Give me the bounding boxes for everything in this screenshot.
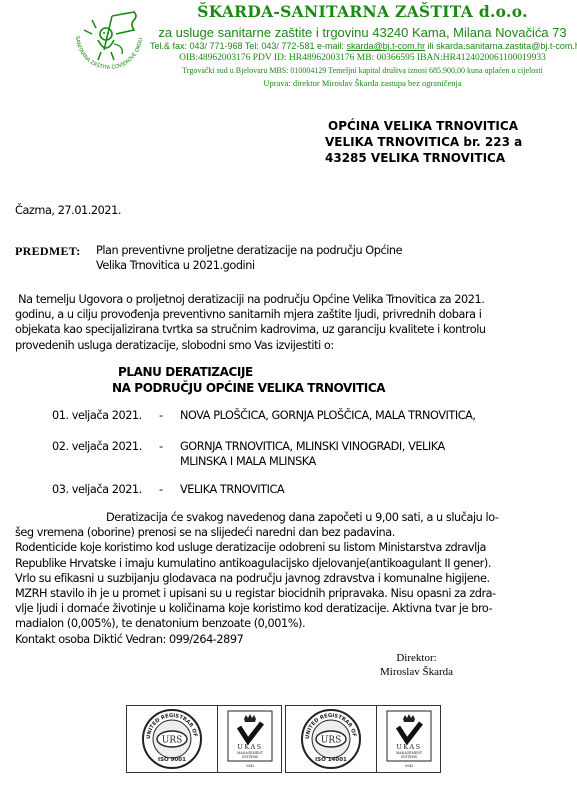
company-contact: Tel.& fax: 043/ 771-968 Tel: 043/ 772-58… <box>150 41 575 51</box>
urs-seal: UNITED REGISTRAR OF SYSTEMS URS ISO 9001 <box>127 706 218 772</box>
schedule-places: NOVA PLOŠČICA, GORNJA PLOŠČICA, MALA TRN… <box>180 408 476 423</box>
svg-text:URS: URS <box>162 736 183 746</box>
schedule-date: 03. veljača 2021. <box>52 482 142 497</box>
company-ids: OIB:48962003176 PDV ID: HR48962003176 MB… <box>150 53 575 63</box>
company-logo: SANITARNA ZAŠTITA ČOVJEKOVE OKOLINE <box>68 6 150 78</box>
svg-text:ISO 14001: ISO 14001 <box>315 757 347 763</box>
company-court-registration: Trgovački sud u Bjelovaru MBS: 010004129… <box>150 66 575 75</box>
company-management: Uprava: direktor Miroslav Škarda zastupa… <box>150 78 575 88</box>
urs-seal: UNITED REGISTRAR OF SYSTEMS URS ISO 1400… <box>286 706 377 772</box>
email-secondary: skarda.sanitarna.zastita@bj.t-com.hr <box>436 41 577 51</box>
svg-text:0043: 0043 <box>404 764 412 768</box>
schedule-place-line: MLINSKA I MALA MLINSKA <box>180 454 445 469</box>
recipient-city: 43285 VELIKA TRNOVITICA <box>325 150 522 166</box>
intro-line: Na temelju Ugovora o proljetnoj deratiza… <box>15 292 486 307</box>
info-paragraph: Deratizacija će svakog navedenog dana za… <box>15 510 499 647</box>
intro-line: godinu, a u cilju provođenja preventivno… <box>15 307 486 322</box>
intro-paragraph: Na temelju Ugovora o proljetnoj deratiza… <box>15 292 486 353</box>
info-line: šeg vremena (oborine) prenosi se na slij… <box>15 525 499 540</box>
recipient-street: VELIKA TRNOVITICA br. 223 a <box>325 134 522 150</box>
letter-date: Čazma, 27.01.2021. <box>15 203 121 218</box>
plan-title-line: NA PODRUČJU OPĆINE VELIKA TRNOVITICA <box>112 380 385 396</box>
recipient-address: OPĆINA VELIKA TRNOVITICA VELIKA TRNOVITI… <box>325 118 522 166</box>
schedule-places: GORNJA TRNOVITICA, MLINSKI VINOGRADI, VE… <box>180 439 445 469</box>
certificate-iso-14001: UNITED REGISTRAR OF SYSTEMS URS ISO 1400… <box>285 705 441 773</box>
info-line: vlje ljudi i domaće životinje u količina… <box>15 601 499 616</box>
schedule-dash: - <box>159 439 163 454</box>
ukas-mark: UKAS MANAGEMENT SYSTEMS 0043 <box>377 706 440 772</box>
svg-text:URS: URS <box>321 736 342 746</box>
urs-seal-icon: UNITED REGISTRAR OF SYSTEMS URS ISO 1400… <box>300 708 362 770</box>
contact-joiner: ili <box>425 41 436 51</box>
info-line: Vrlo su efikasni u suzbijanju glodavaca … <box>15 571 499 586</box>
svg-text:UKAS: UKAS <box>237 743 262 751</box>
signature-title: Direktor: <box>380 651 453 665</box>
svg-text:0043: 0043 <box>245 764 253 768</box>
ukas-crown-tick-icon: UKAS MANAGEMENT SYSTEMS 0043 <box>383 709 435 769</box>
info-line: MZRH stavilo ih je u promet i upisani su… <box>15 586 499 601</box>
info-line: Deratizacija će svakog navedenog dana za… <box>15 510 499 525</box>
schedule-date: 02. veljača 2021. <box>52 439 142 454</box>
contact-person: Kontakt osoba Diktić Vedran: 099/264-289… <box>15 632 499 647</box>
info-line: madialon (0,005%), te denatonium benzoat… <box>15 616 499 631</box>
schedule-place-line: VELIKA TRNOVITICA <box>180 482 284 497</box>
company-name: ŠKARDA-SANITARNA ZAŠTITA d.o.o. <box>150 2 575 21</box>
email-primary-link[interactable]: skarda@bj.t-com.hr <box>346 41 425 51</box>
company-subtitle: za usluge sanitarne zaštite i trgovinu 4… <box>150 25 575 40</box>
schedule-place-line: NOVA PLOŠČICA, GORNJA PLOŠČICA, MALA TRN… <box>180 408 476 423</box>
subject-line: Plan preventivne proljetne deratizacije … <box>96 243 402 258</box>
ukas-crown-tick-icon: UKAS MANAGEMENT SYSTEMS 0043 <box>224 709 276 769</box>
plan-title-line: PLANU DERATIZACIJE <box>112 364 385 380</box>
subject-text: Plan preventivne proljetne deratizacije … <box>96 243 402 273</box>
intro-line: objekata kao specijalizirana tvrtka sa s… <box>15 322 486 337</box>
company-mascot-logo-icon: SANITARNA ZAŠTITA ČOVJEKOVE OKOLINE <box>68 6 150 78</box>
signature-block: Direktor: Miroslav Škarda <box>380 651 453 679</box>
schedule-date: 01. veljača 2021. <box>52 408 142 423</box>
schedule-place-line: GORNJA TRNOVITICA, MLINSKI VINOGRADI, VE… <box>180 439 445 454</box>
plan-title: PLANU DERATIZACIJE NA PODRUČJU OPĆINE VE… <box>112 364 385 396</box>
info-line: Republike Hrvatske i imaju kumulatino an… <box>15 556 499 571</box>
subject-label: PREDMET: <box>15 244 81 259</box>
svg-text:UKAS: UKAS <box>396 743 421 751</box>
info-line: Rodenticide koje koristimo kod usluge de… <box>15 540 499 555</box>
svg-text:ISO 9001: ISO 9001 <box>158 757 186 763</box>
contact-phones: Tel.& fax: 043/ 771-968 Tel: 043/ 772-58… <box>150 41 346 51</box>
recipient-name: OPĆINA VELIKA TRNOVITICA <box>325 118 522 134</box>
subject-line: Velika Trnovitica u 2021.godini <box>96 258 402 273</box>
signature-name: Miroslav Škarda <box>380 665 453 679</box>
urs-seal-icon: UNITED REGISTRAR OF SYSTEMS URS ISO 9001 <box>141 708 203 770</box>
schedule-dash: - <box>159 482 163 497</box>
svg-text:SYSTEMS: SYSTEMS <box>241 755 257 759</box>
schedule-places: VELIKA TRNOVITICA <box>180 482 284 497</box>
svg-text:SYSTEMS: SYSTEMS <box>400 755 416 759</box>
intro-line: provedenih usluga deratizacije, slobodni… <box>15 338 486 353</box>
certificate-iso-9001: UNITED REGISTRAR OF SYSTEMS URS ISO 9001… <box>126 705 282 773</box>
schedule-dash: - <box>159 408 163 423</box>
ukas-mark: UKAS MANAGEMENT SYSTEMS 0043 <box>218 706 281 772</box>
